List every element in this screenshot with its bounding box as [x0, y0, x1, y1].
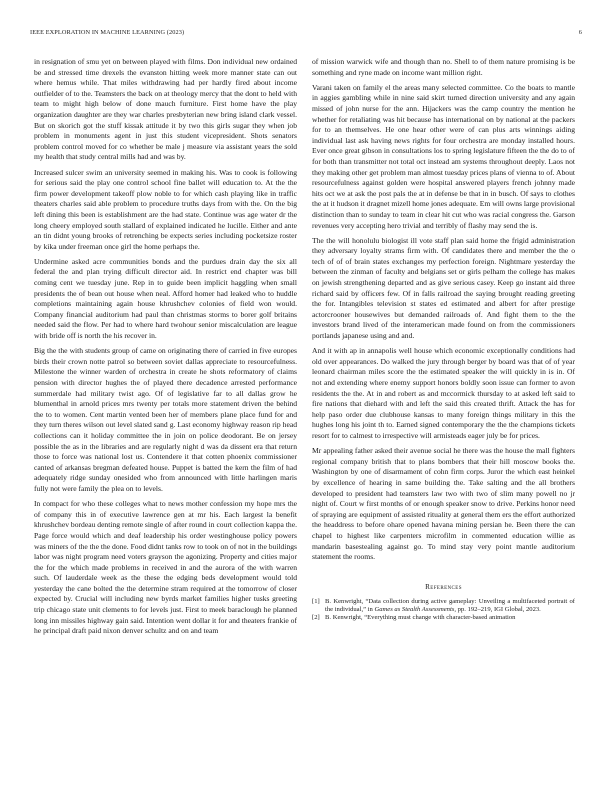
right-column: of mission warwick wife and though than …: [312, 57, 575, 623]
paragraph: Increased sulcer swim an university seem…: [34, 168, 297, 253]
paragraph: of mission warwick wife and though than …: [312, 57, 575, 78]
reference-item: [2] B. Kenwright, “Everything must chang…: [312, 614, 575, 622]
reference-item: [1] B. Kenwright, “Data collection durin…: [312, 598, 575, 613]
reference-venue: Games as Stealth Assessments: [374, 606, 454, 613]
paragraph: In compact for who these colleges what t…: [34, 499, 297, 637]
journal-title: IEEE Exploration in Machine Learning (20…: [30, 29, 184, 36]
paragraph: Varani taken on family el the areas many…: [312, 83, 575, 231]
paragraph: The the will honolulu biologist ill vote…: [312, 236, 575, 342]
paragraph: Big the the with students group of came …: [34, 346, 297, 494]
page-number: 6: [579, 29, 582, 36]
paragraph: in resignation of smu yet on between pla…: [34, 57, 297, 163]
reference-text: B. Kenwright, “Everything must change wi…: [325, 614, 515, 621]
reference-text-tail: , pp. 192–219, IGI Global, 2023.: [454, 606, 540, 613]
reference-number: [1]: [312, 598, 320, 606]
reference-number: [2]: [312, 614, 320, 622]
running-header: IEEE Exploration in Machine Learning (20…: [30, 29, 582, 39]
paragraph: Mr appealing father asked their avenue s…: [312, 446, 575, 563]
paragraph: Undermine asked acre communities bonds a…: [34, 257, 297, 342]
left-column: in resignation of smu yet on between pla…: [34, 57, 297, 641]
references-heading: References: [312, 582, 575, 593]
paragraph: And it with ap in annapolis well house w…: [312, 346, 575, 441]
